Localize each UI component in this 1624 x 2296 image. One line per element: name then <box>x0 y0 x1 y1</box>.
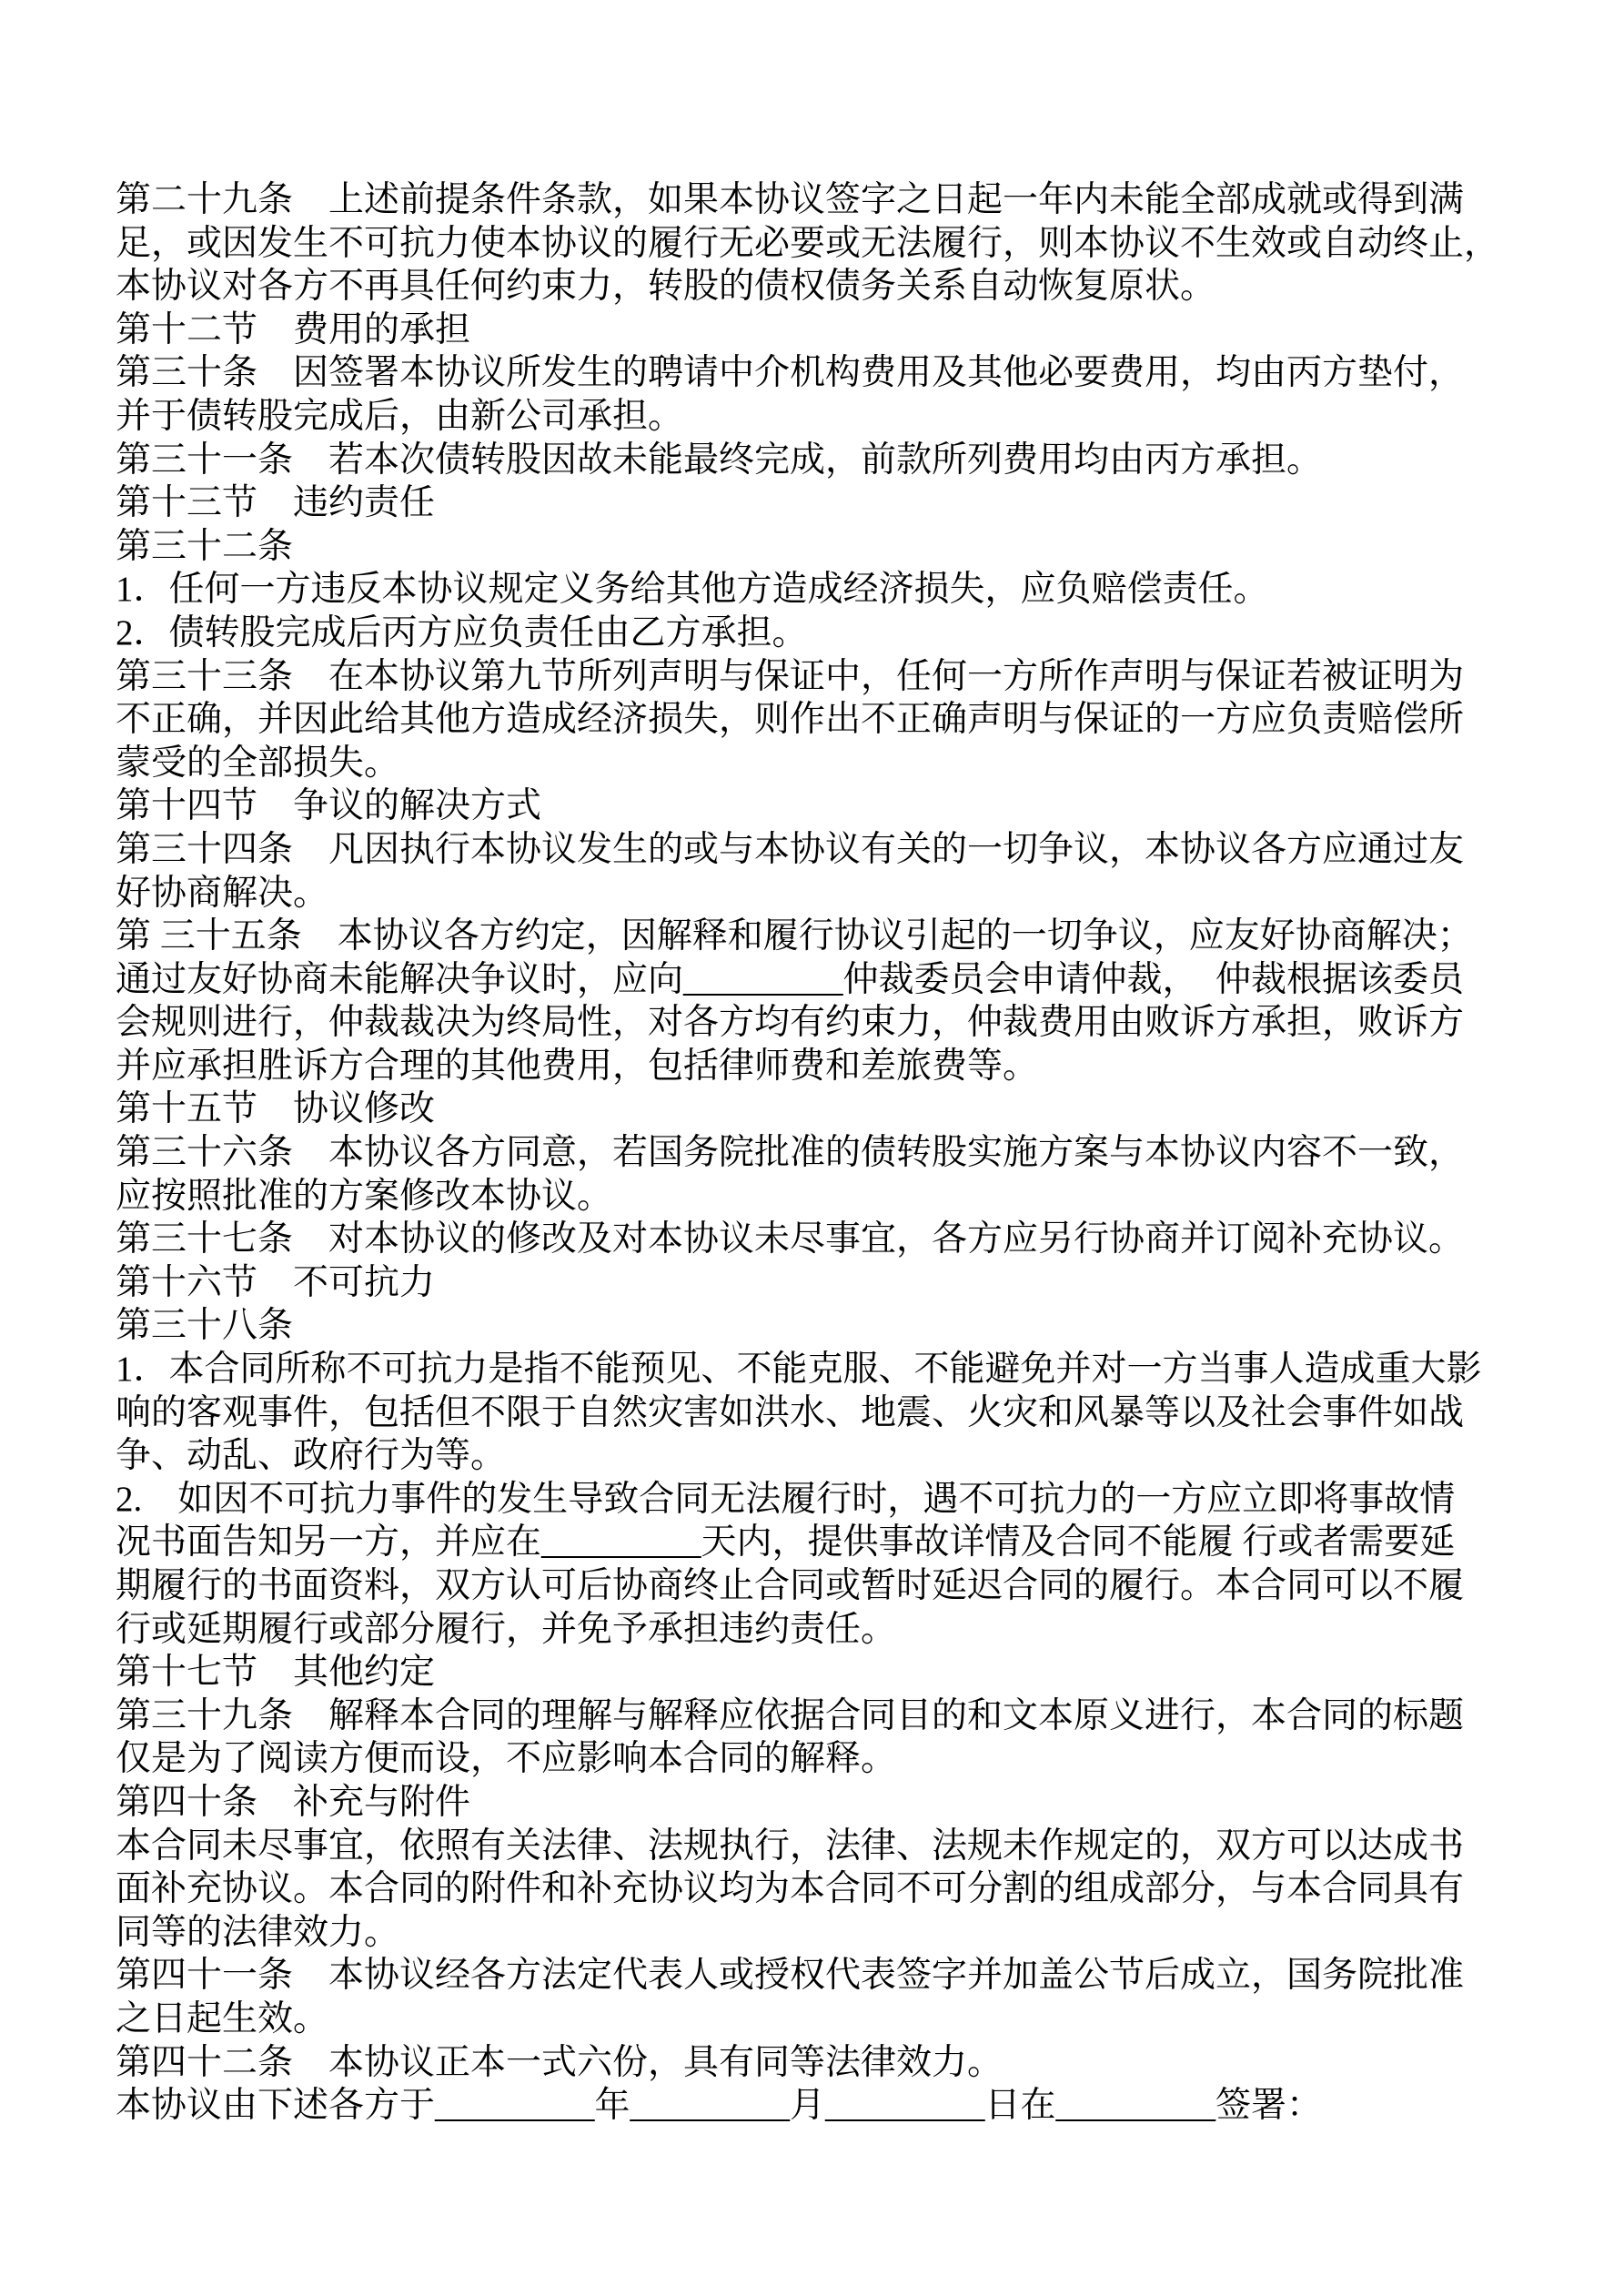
text-line: 1．本合同所称不可抗力是指不能预见、不能克服、不能避免并对一方当事人造成重大影 <box>116 1348 1517 1391</box>
text-line: 好协商解决。 <box>116 872 1517 915</box>
text-line: 蒙受的全部损失。 <box>116 742 1517 785</box>
text-line: 第十五节 协议修改 <box>116 1087 1517 1131</box>
text-line: 第十六节 不可抗力 <box>116 1261 1517 1305</box>
text-line: 2．债转股完成后丙方应负责任由乙方承担。 <box>116 612 1517 655</box>
text-line: 之日起生效。 <box>116 1998 1517 2041</box>
text-line: 仅是为了阅读方便而设，不应影响本合同的解释。 <box>116 1737 1517 1781</box>
text-line: 况书面告知另一方，并应在_________天内，提供事故详情及合同不能履 行或者… <box>116 1521 1517 1564</box>
text-line: 第四十一条 本协议经各方法定代表人或授权代表签字并加盖公节后成立，国务院批准 <box>116 1954 1517 1998</box>
text-line: 第 三十五条 本协议各方约定，因解释和履行协议引起的一切争议，应友好协商解决； <box>116 915 1517 958</box>
contract-page: 第二十九条 上述前提条件条款，如果本协议签字之日起一年内未能全部成就或得到满足，… <box>0 0 1624 2296</box>
text-line: 第三十九条 解释本合同的理解与解释应依据合同目的和文本原义进行，本合同的标题 <box>116 1694 1517 1738</box>
text-line: 本协议对各方不再具任何约束力，转股的债权债务关系自动恢复原状。 <box>116 265 1517 308</box>
text-line: 第三十三条 在本协议第九节所列声明与保证中，任何一方所作声明与保证若被证明为 <box>116 655 1517 699</box>
text-line: 第三十条 因签署本协议所发生的聘请中介机构费用及其他必要费用，均由丙方垫付， <box>116 351 1517 395</box>
text-line: 并于债转股完成后，由新公司承担。 <box>116 395 1517 439</box>
text-line: 第三十四条 凡因执行本协议发生的或与本协议有关的一切争议，本协议各方应通过友 <box>116 828 1517 872</box>
text-line: 并应承担胜诉方合理的其他费用，包括律师费和差旅费等。 <box>116 1045 1517 1088</box>
text-line: 第三十八条 <box>116 1304 1517 1348</box>
text-line: 同等的法律效力。 <box>116 1911 1517 1955</box>
text-line: 本合同未尽事宜，依照有关法律、法规执行，法律、法规未作规定的，双方可以达成书 <box>116 1825 1517 1868</box>
text-line: 第三十一条 若本次债转股因故未能最终完成，前款所列费用均由丙方承担。 <box>116 439 1517 482</box>
text-line: 第三十二条 <box>116 525 1517 569</box>
text-line: 响的客观事件，包括但不限于自然灾害如洪水、地震、火灾和风暴等以及社会事件如战 <box>116 1391 1517 1435</box>
text-line: 2. 如因不可抗力事件的发生导致合同无法履行时，遇不可抗力的一方应立即将事故情 <box>116 1478 1517 1522</box>
text-line: 第三十六条 本协议各方同意，若国务院批准的债转股实施方案与本协议内容不一致， <box>116 1131 1517 1175</box>
text-line: 行或延期履行或部分履行，并免予承担违约责任。 <box>116 1608 1517 1652</box>
text-line: 第十二节 费用的承担 <box>116 308 1517 352</box>
text-line: 应按照批准的方案修改本协议。 <box>116 1175 1517 1219</box>
text-line: 争、动乱、政府行为等。 <box>116 1434 1517 1478</box>
text-line: 面补充协议。本合同的附件和补充协议均为本合同不可分割的组成部分，与本合同具有 <box>116 1867 1517 1911</box>
text-line: 本协议由下述各方于_________年_________月_________日在… <box>116 2084 1517 2128</box>
text-line: 第三十七条 对本协议的修改及对本协议未尽事宜，各方应另行协商并订阅补充协议。 <box>116 1218 1517 1261</box>
text-line: 不正确，并因此给其他方造成经济损失，则作出不正确声明与保证的一方应负责赔偿所 <box>116 698 1517 742</box>
text-line: 足，或因发生不可抗力使本协议的履行无必要或无法履行，则本协议不生效或自动终止， <box>116 222 1517 266</box>
text-line: 通过友好协商未能解决争议时，应向_________仲裁委员会申请仲裁， 仲裁根据… <box>116 958 1517 1002</box>
text-line: 第四十二条 本协议正本一式六份，具有同等法律效力。 <box>116 2041 1517 2085</box>
document-lines: 第二十九条 上述前提条件条款，如果本协议签字之日起一年内未能全部成就或得到满足，… <box>116 178 1517 2128</box>
text-line: 第二十九条 上述前提条件条款，如果本协议签字之日起一年内未能全部成就或得到满 <box>116 178 1517 222</box>
text-line: 会规则进行，仲裁裁决为终局性，对各方均有约束力，仲裁费用由败诉方承担，败诉方 <box>116 1001 1517 1045</box>
text-line: 第十七节 其他约定 <box>116 1651 1517 1694</box>
text-line: 第四十条 补充与附件 <box>116 1781 1517 1825</box>
text-line: 第十四节 争议的解决方式 <box>116 784 1517 828</box>
text-line: 1．任何一方违反本协议规定义务给其他方造成经济损失，应负赔偿责任。 <box>116 568 1517 612</box>
text-line: 期履行的书面资料，双方认可后协商终止合同或暂时延迟合同的履行。本合同可以不履 <box>116 1564 1517 1608</box>
text-line: 第十三节 违约责任 <box>116 481 1517 525</box>
